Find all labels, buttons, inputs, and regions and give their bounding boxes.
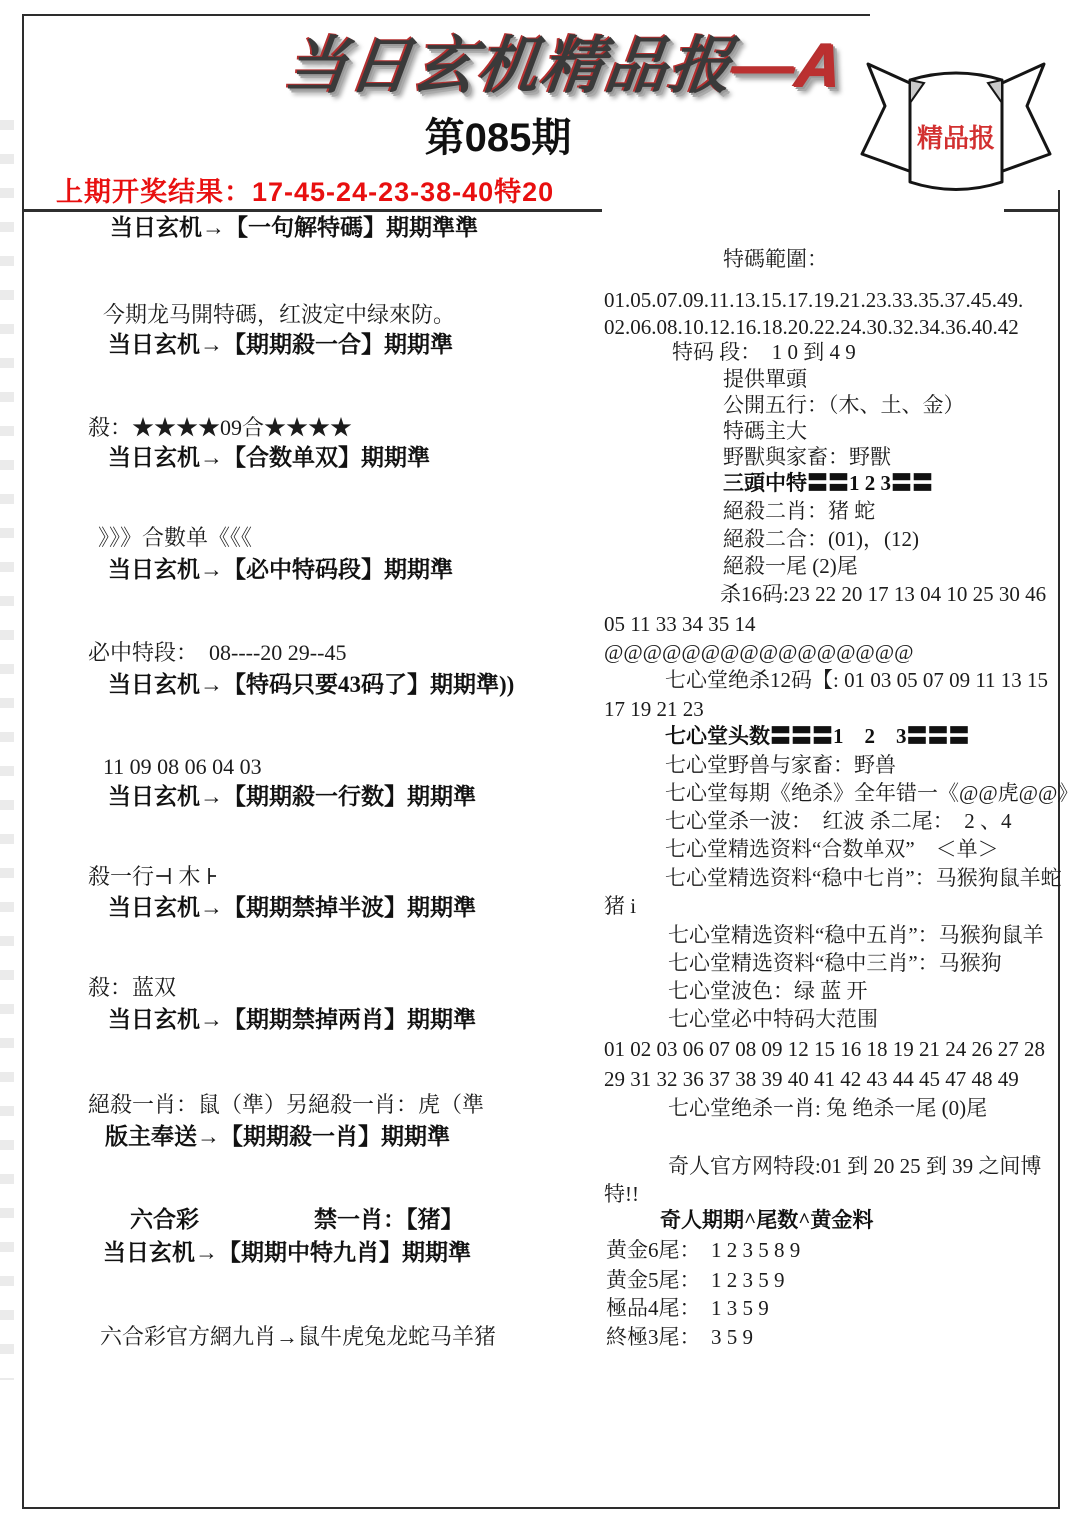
left-line-5: 》》》合數单《《《 — [98, 525, 252, 550]
right-line-5: 公開五行：（木、土、金） — [723, 393, 965, 417]
left-line-11: 殺一行⊣ 木 ⊦ — [88, 864, 218, 889]
left-line-7: 必中特段： 08----20 29--45 — [88, 640, 346, 665]
masthead-title-main: 当日玄机精品报 — [281, 32, 737, 101]
right-line-28: 01 02 03 06 07 08 09 12 15 16 18 19 21 2… — [604, 1037, 1045, 1061]
right-line-24: 七心堂精选资料“稳中五肖”：马猴狗鼠羊 — [668, 923, 1044, 947]
left-line-9: 11 09 08 06 04 03 — [103, 754, 262, 779]
newspaper-page: 当日玄机精品报—A 第085期 上期开奖结果：17-45-24-23-38-40… — [0, 0, 1080, 1527]
right-line-27: 七心堂必中特码大范围 — [668, 1007, 878, 1031]
right-line-0: 特碼範圍： — [723, 247, 828, 271]
right-line-9: 絕殺二肖：猪 蛇 — [723, 499, 875, 523]
scan-artifact-strip — [0, 120, 14, 1380]
header-divider-left — [24, 209, 602, 212]
right-line-25: 七心堂精选资料“稳中三肖”：马猴狗 — [668, 951, 1002, 975]
left-line-15: 絕殺一肖：鼠（準）另絕殺一肖：虎（準 — [88, 1092, 484, 1117]
right-line-36: 極品4尾： 1 3 5 9 — [606, 1296, 769, 1320]
right-line-12: 杀16码:23 22 20 17 13 04 10 25 30 46 — [720, 582, 1046, 606]
left-line-3: 殺：★★★★09合★★★★ — [88, 415, 352, 440]
banner-label: 精品报 — [917, 123, 995, 153]
left-line-10: 当日玄机→【期期殺一行数】期期準 — [108, 784, 476, 810]
masthead-title-suffix: —A — [729, 32, 848, 101]
right-line-11: 絕殺一尾 (2)尾 — [723, 554, 858, 578]
left-line-19: 六合彩官方網九肖→鼠牛虎兔龙蛇马羊猪 — [100, 1324, 496, 1349]
right-line-4: 提供單頭 — [723, 367, 807, 391]
right-line-21: 七心堂精选资料“合数单双” ＜单＞ — [665, 837, 999, 861]
right-line-23: 猪 i — [604, 894, 636, 918]
right-line-6: 特碼主大 — [723, 419, 807, 443]
left-line-6: 当日玄机→【必中特码段】期期準 — [108, 557, 453, 583]
right-line-15: 七心堂绝杀12码【: 01 03 05 07 09 11 13 15 — [665, 668, 1048, 692]
right-line-3: 特码 段： 1 0 到 4 9 — [672, 340, 856, 364]
left-line-0: 当日玄机→【一句解特碼】期期準準 — [110, 215, 478, 241]
right-line-30: 七心堂绝杀一肖: 兔 绝杀一尾 (0)尾 — [668, 1096, 987, 1120]
right-line-19: 七心堂每期《绝杀》全年错一《@@虎@@》 — [665, 781, 1078, 805]
right-line-32: 特!! — [604, 1182, 639, 1206]
left-line-8: 当日玄机→【特码只要43码了】期期準)) — [108, 672, 514, 698]
right-line-33: 奇人期期^尾数^黄金料 — [660, 1208, 873, 1232]
right-line-13: 05 11 33 34 35 14 — [604, 612, 755, 636]
header-divider-right — [1004, 209, 1058, 212]
ribbon-banner-icon: 精品报 — [858, 56, 1054, 202]
right-line-34: 黄金6尾： 1 2 3 5 8 9 — [606, 1238, 800, 1262]
left-line-12: 当日玄机→【期期禁掉半波】期期準 — [108, 895, 476, 921]
issue-number: 第085期 — [398, 106, 598, 163]
left-line-18: 当日玄机→【期期中特九肖】期期準 — [103, 1240, 471, 1266]
right-line-2: 02.06.08.10.12.16.18.20.22.24.30.32.34.3… — [604, 315, 1019, 339]
right-line-26: 七心堂波色：绿 蓝 开 — [668, 979, 868, 1003]
right-line-20: 七心堂杀一波： 红波 杀二尾： 2 、4 — [665, 809, 1012, 833]
right-line-17: 七心堂头数〓〓〓1 2 3〓〓〓 — [665, 724, 970, 748]
left-line-1: 今期龙马開特碼，红波定中绿來防。 — [103, 302, 455, 327]
left-line-4: 当日玄机→【合数单双】期期準 — [108, 445, 430, 471]
right-line-18: 七心堂野兽与家畜：野兽 — [665, 753, 896, 777]
left-line-2: 当日玄机→【期期殺一合】期期準 — [108, 332, 453, 358]
left-line-16: 版主奉送→【期期殺一肖】期期準 — [105, 1124, 450, 1150]
right-line-8: 三頭中特〓〓1 2 3〓〓 — [723, 471, 933, 495]
masthead-title: 当日玄机精品报—A — [281, 16, 851, 105]
right-line-16: 17 19 21 23 — [604, 697, 704, 721]
right-line-10: 絕殺二合：(01)，(12) — [723, 527, 919, 551]
left-line-13: 殺：蓝双 — [88, 975, 176, 1000]
last-draw-result: 上期开奖结果：17-45-24-23-38-40特20 — [56, 170, 554, 209]
left-line-17: 六合彩 禁一肖：【猪】 — [130, 1207, 464, 1233]
right-line-22: 七心堂精选资料“稳中七肖”：马猴狗鼠羊蛇 — [665, 866, 1062, 890]
right-line-7: 野獸與家畜：野獸 — [723, 445, 891, 469]
right-line-14: @@@@@@@@@@@@@@@@ — [604, 640, 913, 664]
right-line-1: 01.05.07.09.11.13.15.17.19.21.23.33.35.3… — [604, 288, 1023, 312]
left-line-14: 当日玄机→【期期禁掉两肖】期期準 — [108, 1007, 476, 1033]
right-line-31: 奇人官方网特段:01 到 20 25 到 39 之间博 — [668, 1154, 1041, 1178]
right-line-29: 29 31 32 36 37 38 39 40 41 42 43 44 45 4… — [604, 1067, 1019, 1091]
right-line-35: 黄金5尾： 1 2 3 5 9 — [606, 1268, 785, 1292]
right-line-37: 終極3尾： 3 5 9 — [606, 1325, 753, 1349]
